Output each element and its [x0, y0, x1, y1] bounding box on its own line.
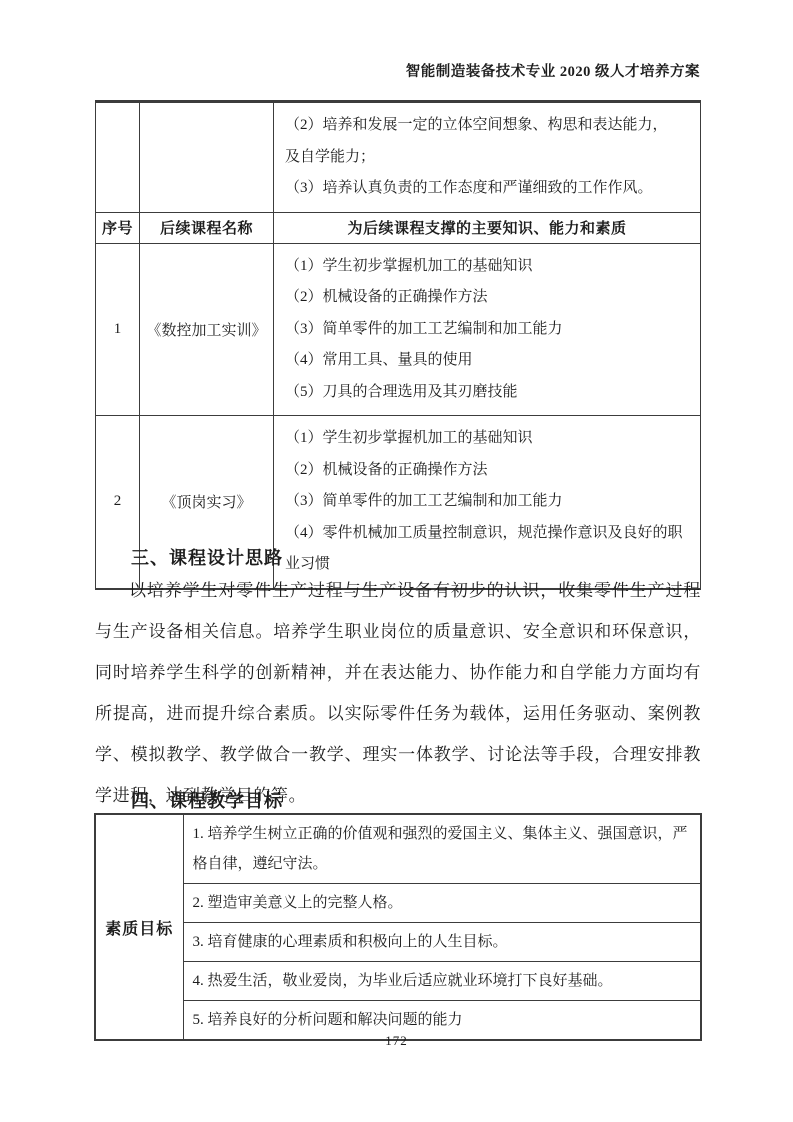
empty-cell [96, 102, 140, 213]
column-header-index: 序号 [96, 212, 140, 243]
objective-row: 2. 塑造审美意义上的完整人格。 [95, 884, 701, 923]
page-number: 172 [0, 1033, 793, 1049]
support-item: （5）刀具的合理选用及其刃磨技能 [285, 377, 692, 409]
section-heading-teaching-goals: 四、课程教学目标 [131, 787, 283, 813]
row-index: 1 [96, 243, 140, 416]
support-item: （1）学生初步掌握机加工的基础知识 [285, 251, 692, 283]
objective-row: 4. 热爱生活，敬业爱岗，为毕业后适应就业环境打下良好基础。 [95, 962, 701, 1001]
column-header-course: 后续课程名称 [140, 212, 274, 243]
table-header-row: 序号 后续课程名称 为后续课程支撑的主要知识、能力和素质 [96, 212, 701, 243]
course-design-paragraph: 以培养学生对零件生产过程与生产设备有初步的认识，收集零件生产过程与生产设备相关信… [95, 570, 701, 816]
objective-row: 素质目标 1. 培养学生树立正确的价值观和强烈的爱国主义、集体主义、强国意识，严… [95, 814, 701, 884]
objective-item: 3. 培育健康的心理素质和积极向上的人生目标。 [183, 923, 701, 962]
carryover-line: （3）培养认真负责的工作态度和严谨细致的工作作风。 [285, 173, 692, 205]
support-item: （4）常用工具、量具的使用 [285, 345, 692, 377]
objective-item: 2. 塑造审美意义上的完整人格。 [183, 884, 701, 923]
course-name: 《数控加工实训》 [140, 243, 274, 416]
carryover-cell: （2）培养和发展一定的立体空间想象、构思和表达能力， 及自学能力； （3）培养认… [274, 102, 701, 213]
objective-item: 4. 热爱生活，敬业爱岗，为毕业后适应就业环境打下良好基础。 [183, 962, 701, 1001]
objective-item: 1. 培养学生树立正确的价值观和强烈的爱国主义、集体主义、强国意识，严格自律，遵… [183, 814, 701, 884]
support-item: （3）简单零件的加工工艺编制和加工能力 [285, 314, 692, 346]
document-header-title: 智能制造装备技术专业 2020 级人才培养方案 [406, 60, 700, 81]
carryover-line: 及自学能力； [285, 142, 692, 174]
successor-course-table: （2）培养和发展一定的立体空间想象、构思和表达能力， 及自学能力； （3）培养认… [95, 100, 701, 590]
table-row: 1 《数控加工实训》 （1）学生初步掌握机加工的基础知识 （2）机械设备的正确操… [96, 243, 701, 416]
support-item: （3）简单零件的加工工艺编制和加工能力 [285, 486, 692, 518]
document-page: 智能制造装备技术专业 2020 级人才培养方案 （2）培养和发展一定的立体空间想… [0, 0, 793, 1122]
support-items-cell: （1）学生初步掌握机加工的基础知识 （2）机械设备的正确操作方法 （3）简单零件… [274, 416, 701, 589]
support-item: （1）学生初步掌握机加工的基础知识 [285, 423, 692, 455]
section-heading-course-design: 三、课程设计思路 [131, 544, 283, 570]
support-item: （2）机械设备的正确操作方法 [285, 282, 692, 314]
support-item: （2）机械设备的正确操作方法 [285, 455, 692, 487]
objective-row: 3. 培育健康的心理素质和积极向上的人生目标。 [95, 923, 701, 962]
quality-objectives-table: 素质目标 1. 培养学生树立正确的价值观和强烈的爱国主义、集体主义、强国意识，严… [94, 813, 702, 1041]
carryover-line: （2）培养和发展一定的立体空间想象、构思和表达能力， [285, 110, 692, 142]
objective-category: 素质目标 [95, 814, 183, 1040]
column-header-support: 为后续课程支撑的主要知识、能力和素质 [274, 212, 701, 243]
table-row-carryover: （2）培养和发展一定的立体空间想象、构思和表达能力， 及自学能力； （3）培养认… [96, 102, 701, 213]
support-items-cell: （1）学生初步掌握机加工的基础知识 （2）机械设备的正确操作方法 （3）简单零件… [274, 243, 701, 416]
empty-cell [140, 102, 274, 213]
